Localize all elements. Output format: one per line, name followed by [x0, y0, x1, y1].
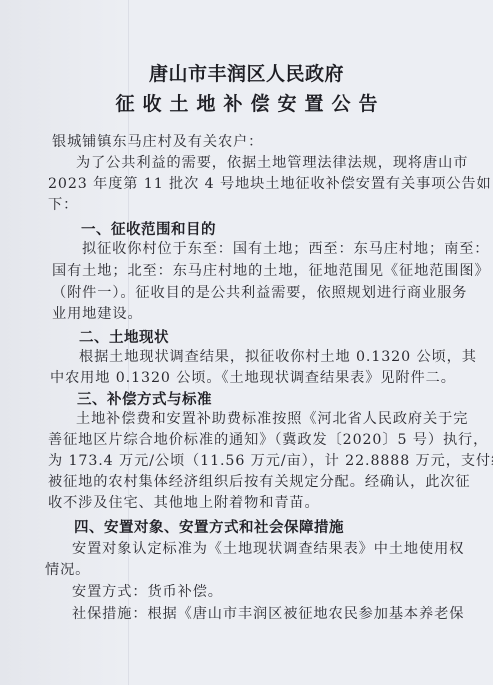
intro-line: 下：	[48, 196, 468, 214]
section-4-line: 社保措施：根据《唐山市丰润区被征地农民参加基本养老保	[72, 605, 492, 623]
section-2-line: 中农用地 0.1320 公顷。《土地现状调查结果表》见附件二。	[50, 369, 470, 387]
section-3-line: 收不涉及住宅、其他地上附着物和青苗。	[48, 494, 468, 512]
section-1-line: 拟征收你村位于东至：国有土地；西至：东马庄村地；南至：	[82, 240, 493, 258]
section-heading-2: 二、土地现状	[79, 326, 169, 347]
section-3-line: 善征地区片综合地价标准的通知》（冀政发〔2020〕5 号）执行，	[48, 431, 468, 449]
intro-line: 为了公共利益的需要，依据土地管理法律法规，现将唐山市	[76, 154, 493, 172]
notice-title: 征收土地补偿安置公告	[0, 89, 493, 116]
section-1-line: 国有土地；北至：东马庄村地的土地，征地范围见《征地范围图》	[52, 262, 472, 280]
section-1-line: 业用地建设。	[52, 305, 472, 323]
section-4-line: 安置对象认定标准为《土地现状调查结果表》中土地使用权	[72, 540, 492, 558]
intro-line: 2023 年度第 11 批次 4 号地块土地征收补偿安置有关事项公告如	[48, 175, 468, 193]
section-2-line: 根据土地现状调查结果，拟征收你村土地 0.1320 公顷，其	[79, 348, 493, 366]
salutation: 银城铺镇东马庄村及有关农户：	[52, 133, 472, 151]
section-3-line: 为 173.4 万元/公顷（11.56 万元/亩），计 22.8888 万元，支…	[48, 452, 468, 470]
section-heading-4: 四、安置对象、安置方式和社会保障措施	[74, 516, 344, 537]
section-4-line: 安置方式：货币补偿。	[72, 583, 492, 601]
section-1-line: （附件一）。征收目的是公共利益需要，依照规划进行商业服务	[52, 284, 472, 302]
section-heading-1: 一、征收范围和目的	[81, 218, 216, 239]
notice-page: 唐山市丰润区人民政府 征收土地补偿安置公告 银城铺镇东马庄村及有关农户： 为了公…	[0, 0, 493, 685]
section-heading-3: 三、补偿方式与标准	[77, 388, 212, 409]
section-3-line: 被征地的农村集体经济组织后按有关规定分配。经确认，此次征	[48, 473, 468, 491]
issuer-title: 唐山市丰润区人民政府	[0, 59, 493, 86]
section-4-line: 情况。	[45, 561, 465, 579]
section-3-line: 土地补偿费和安置补助费标准按照《河北省人民政府关于完	[76, 410, 493, 428]
